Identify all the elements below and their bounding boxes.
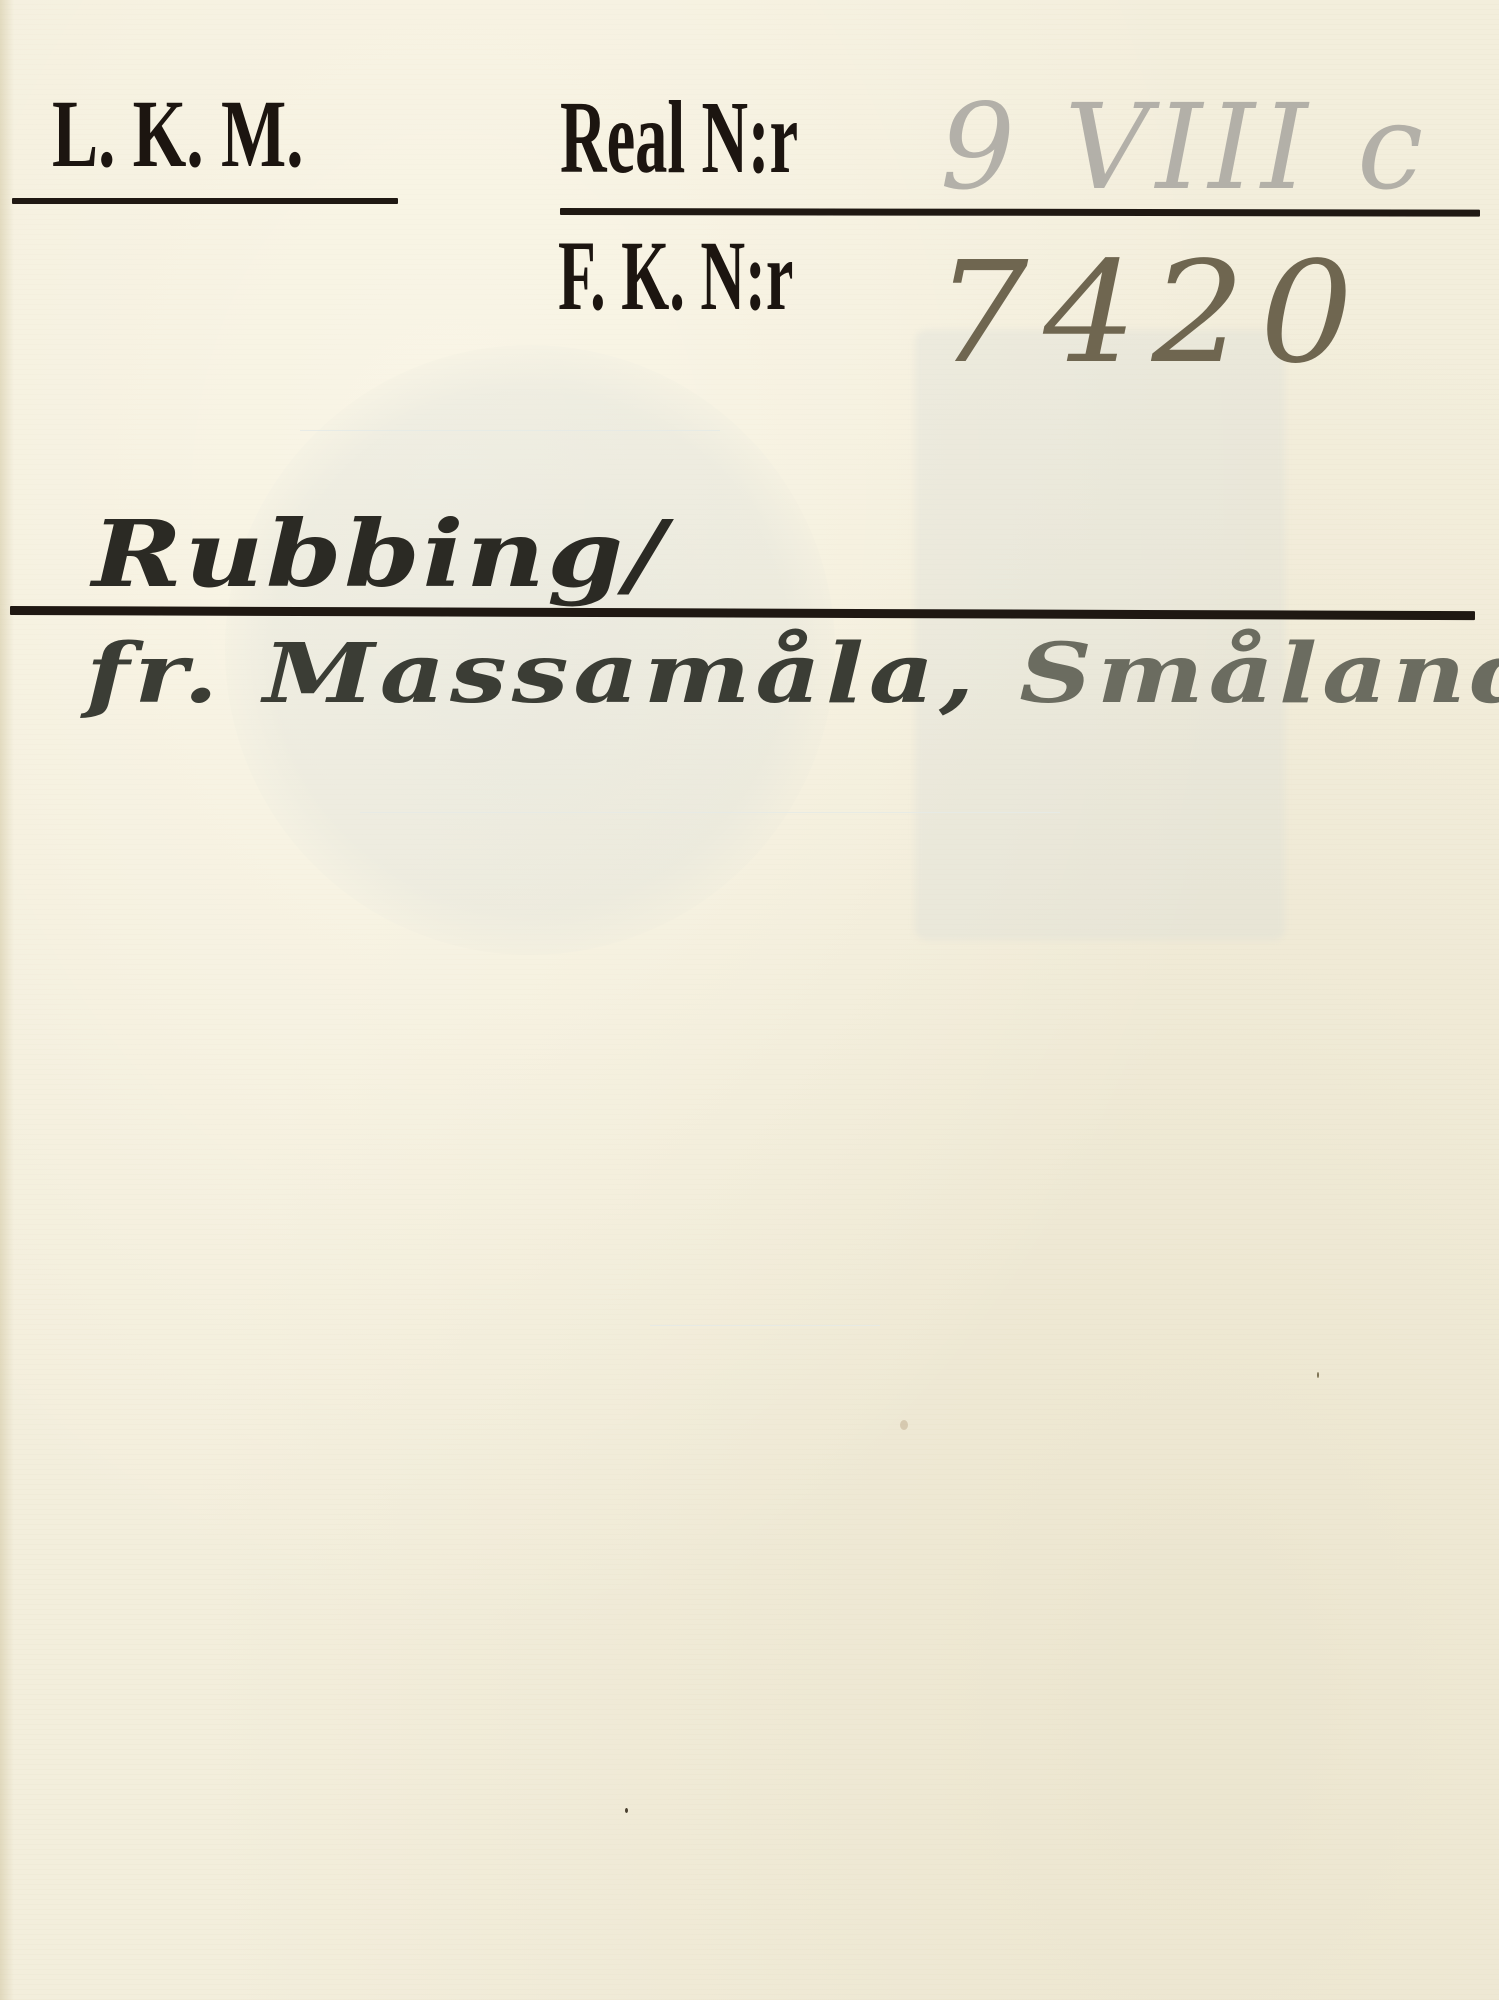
paper-speck bbox=[1317, 1372, 1319, 1378]
paper-stain bbox=[900, 1420, 908, 1430]
paper-speck bbox=[625, 1808, 628, 1813]
fk-number-value: 7420 bbox=[935, 232, 1368, 395]
paper-crease bbox=[360, 812, 1060, 813]
real-number-label: Real N:r bbox=[560, 86, 798, 190]
object-provenance: fr. Massamåla, Småland, bbox=[86, 626, 1499, 722]
provenance-place: fr. Massamåla, bbox=[86, 626, 979, 722]
real-number-value: 9 VIII c bbox=[940, 78, 1429, 216]
institution-underline bbox=[12, 198, 398, 204]
object-title: Rubbing/ bbox=[92, 500, 668, 608]
real-number-rule bbox=[560, 208, 1480, 217]
institution-label: L. K. M. bbox=[52, 86, 304, 182]
catalogue-card: L. K. M. Real N:r 9 VIII c F. K. N:r 742… bbox=[0, 0, 1499, 2000]
paper-crease bbox=[300, 430, 720, 431]
fk-number-label: F. K. N:r bbox=[558, 226, 793, 326]
paper-crease bbox=[650, 1325, 880, 1326]
provenance-region: Småland, bbox=[1019, 626, 1499, 722]
